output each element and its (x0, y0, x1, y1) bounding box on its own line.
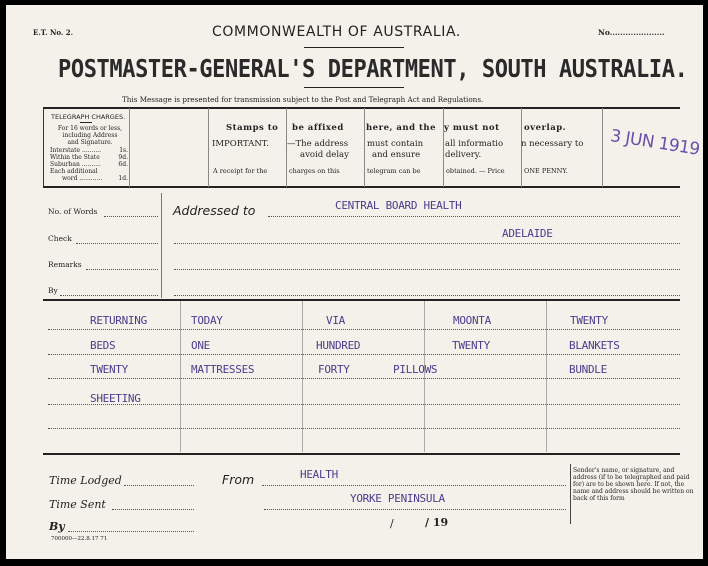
message-line[interactable] (48, 329, 680, 330)
message-word: BLANKETS (569, 339, 620, 352)
print-code: 700000—22.8.17 71 (51, 536, 107, 542)
message-line[interactable] (48, 428, 680, 429)
receipt-text: ONE PENNY. (524, 167, 568, 175)
message-word: RETURNING (90, 314, 147, 327)
message-word: VIA (326, 314, 345, 327)
box-bottom-border (43, 186, 680, 188)
no-of-words-label: No. of Words (48, 207, 97, 216)
commonwealth-heading: COMMONWEALTH OF AUSTRALIA. (212, 24, 461, 40)
important-text: delivery. (445, 150, 481, 160)
message-word: TWENTY (452, 339, 490, 352)
department-title: POSTMASTER-GENERAL'S DEPARTMENT, SOUTH A… (58, 55, 687, 84)
form-number-field: No..................... (598, 28, 665, 37)
by-label: By (48, 286, 58, 295)
from-text-1: HEALTH (300, 468, 338, 481)
date-field[interactable]: / (390, 517, 394, 530)
important-text: avoid delay (300, 150, 349, 160)
important-text: and ensure (372, 150, 420, 160)
message-word: PILLOWS (393, 363, 437, 376)
address-text-1: CENTRAL BOARD HEALTH (335, 199, 461, 212)
remarks-label: Remarks (48, 260, 82, 269)
sender-note: Sender's name, or signature, and address… (573, 467, 695, 502)
address-line-3[interactable] (174, 269, 680, 270)
message-line[interactable] (48, 404, 680, 405)
important-text: n necessary to (521, 139, 583, 149)
header-rule (304, 47, 404, 48)
message-word: MATTRESSES (191, 363, 254, 376)
from-line-2[interactable] (264, 509, 566, 510)
message-word: BUNDLE (569, 363, 607, 376)
stamps-text: be affixed (292, 123, 344, 133)
message-word: TODAY (191, 314, 223, 327)
header-rule (304, 87, 404, 88)
message-word: SHEETING (90, 392, 141, 405)
no-of-words-field[interactable] (104, 216, 158, 217)
address-line-2[interactable] (174, 243, 680, 244)
check-field[interactable] (76, 243, 158, 244)
telegraph-charges-title: TELEGRAPH CHARGES. (51, 113, 125, 121)
time-lodged-label: Time Lodged (49, 474, 122, 487)
message-word: HUNDRED (316, 339, 360, 352)
by-field[interactable] (60, 295, 158, 296)
receipt-text: A receipt for the (213, 167, 267, 175)
message-word: MOONTA (453, 314, 491, 327)
stamps-text: Stamps to (226, 123, 278, 133)
from-label: From (222, 472, 254, 487)
from-text-2: YORKE PENINSULA (350, 492, 445, 505)
box-top-border (43, 107, 680, 109)
message-word: FORTY (318, 363, 350, 376)
address-text-2: ADELAIDE (502, 227, 553, 240)
date-year: / 19 (425, 516, 448, 529)
time-sent-field[interactable] (112, 509, 194, 510)
addressed-to-label: Addressed to (173, 203, 255, 218)
receipt-text: charges on this (289, 167, 340, 175)
address-line-1[interactable] (268, 216, 680, 217)
time-lodged-field[interactable] (124, 485, 194, 486)
address-line-4[interactable] (174, 295, 680, 296)
message-word: ONE (191, 339, 210, 352)
message-word: BEDS (90, 339, 115, 352)
section-divider (43, 453, 680, 455)
important-text: IMPORTANT. (212, 139, 269, 149)
time-sent-label: Time Sent (49, 498, 106, 511)
message-line[interactable] (48, 378, 680, 379)
stamps-text: overlap. (524, 123, 566, 133)
stamps-text: here, and the (366, 123, 436, 133)
by-footer-field[interactable] (68, 531, 194, 532)
message-word: TWENTY (90, 363, 128, 376)
check-label: Check (48, 234, 72, 243)
charges-rates: Interstate ..........1s. Within the Stat… (50, 147, 128, 182)
important-text: all informatio (445, 139, 503, 149)
form-code: E.T. No. 2. (33, 28, 73, 37)
message-line[interactable] (48, 354, 680, 355)
section-divider (43, 299, 680, 301)
important-text: —The address (287, 139, 348, 149)
from-line-1[interactable] (262, 485, 566, 486)
receipt-text: telegram can be (367, 167, 421, 175)
subject-note: This Message is presented for transmissi… (122, 95, 483, 104)
charges-intro: For 16 words or less, including Address … (52, 125, 128, 146)
stamps-text: y must not (444, 123, 500, 133)
by-footer-label: By (49, 520, 65, 533)
receipt-text: obtained. — Price (446, 167, 505, 175)
message-word: TWENTY (570, 314, 608, 327)
remarks-field[interactable] (86, 269, 158, 270)
important-text: must contain (367, 139, 423, 149)
